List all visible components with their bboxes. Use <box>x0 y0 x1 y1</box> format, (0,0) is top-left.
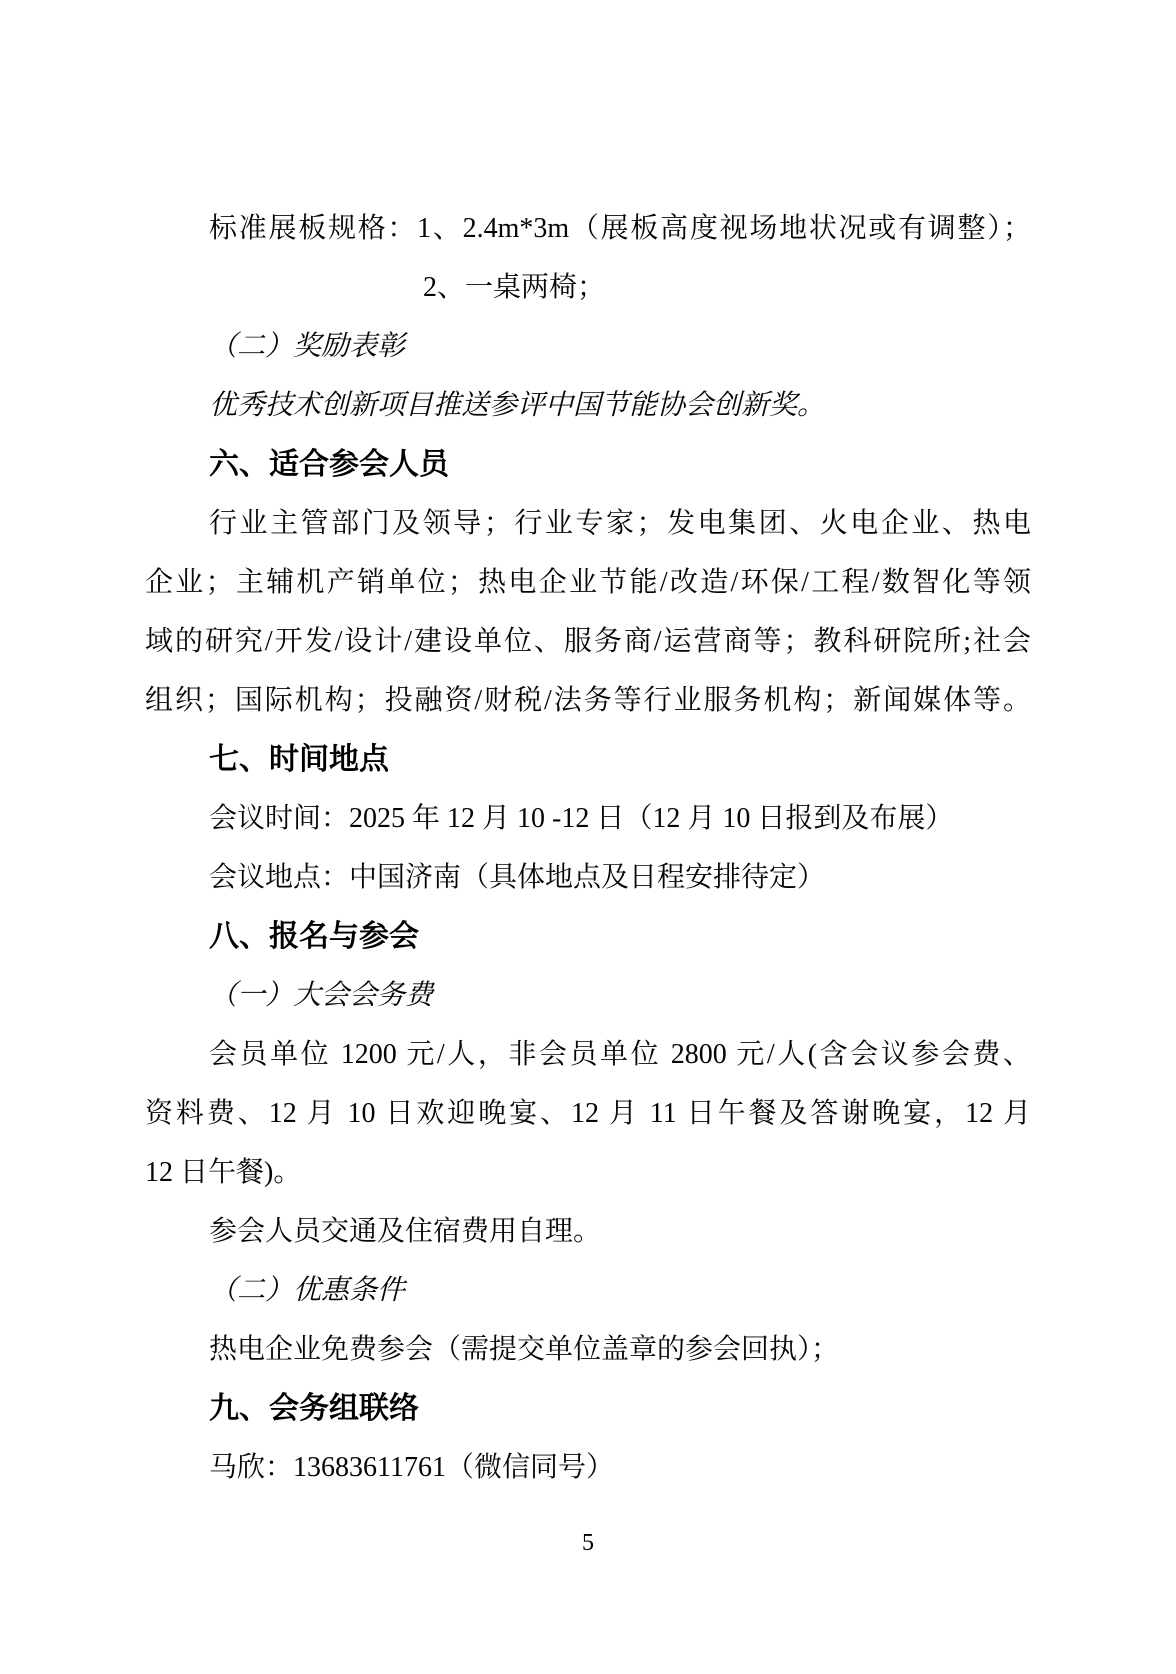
attendees-paragraph-line-4: 组织；国际机构；投融资/财税/法务等行业服务机构；新闻媒体等。 <box>145 671 1031 730</box>
travel-lodging-line: 参会人员交通及住宿费用自理。 <box>145 1202 1031 1261</box>
subheading-conference-fee: （一）大会会务费 <box>145 966 1031 1025</box>
section-heading-registration: 八、报名与参会 <box>145 907 1031 966</box>
booth-spec-item-2: 2、一桌两椅； <box>145 258 1031 317</box>
fee-paragraph-line-3: 12 日午餐)。 <box>145 1143 1031 1202</box>
contact-line: 马欣：13683611761（微信同号） <box>145 1438 1031 1497</box>
page-footer: 5 <box>0 1528 1176 1558</box>
attendees-paragraph-line-3: 域的研究/开发/设计/建设单位、服务商/运营商等；教科研院所;社会 <box>145 612 1031 671</box>
attendees-paragraph-line-2: 企业；主辅机产销单位；热电企业节能/改造/环保/工程/数智化等领 <box>145 553 1031 612</box>
document-content: 标准展板规格：1、2.4m*3m（展板高度视场地状况或有调整）； 2、一桌两椅；… <box>145 199 1031 1497</box>
page-number: 5 <box>582 1530 594 1556</box>
fee-paragraph-line-2: 资料费、12 月 10 日欢迎晚宴、12 月 11 日午餐及答谢晚宴，12 月 <box>145 1084 1031 1143</box>
section-heading-time-place: 七、时间地点 <box>145 730 1031 789</box>
subheading-discount: （二）优惠条件 <box>145 1261 1031 1320</box>
booth-spec-line: 标准展板规格：1、2.4m*3m（展板高度视场地状况或有调整）； <box>145 199 1031 258</box>
document-page: 标准展板规格：1、2.4m*3m（展板高度视场地状况或有调整）； 2、一桌两椅；… <box>0 0 1176 1674</box>
section-heading-attendees: 六、适合参会人员 <box>145 435 1031 494</box>
meeting-time-line: 会议时间：2025 年 12 月 10 -12 日（12 月 10 日报到及布展… <box>145 789 1031 848</box>
fee-paragraph-line-1: 会员单位 1200 元/人，非会员单位 2800 元/人(含会议参会费、 <box>145 1025 1031 1084</box>
meeting-place-line: 会议地点：中国济南（具体地点及日程安排待定） <box>145 848 1031 907</box>
attendees-paragraph-line-1: 行业主管部门及领导；行业专家；发电集团、火电企业、热电 <box>145 494 1031 553</box>
awards-paragraph: 优秀技术创新项目推送参评中国节能协会创新奖。 <box>145 376 1031 435</box>
free-attendance-line: 热电企业免费参会（需提交单位盖章的参会回执）； <box>145 1320 1031 1379</box>
section-heading-contact: 九、会务组联络 <box>145 1379 1031 1438</box>
subheading-awards: （二）奖励表彰 <box>145 317 1031 376</box>
